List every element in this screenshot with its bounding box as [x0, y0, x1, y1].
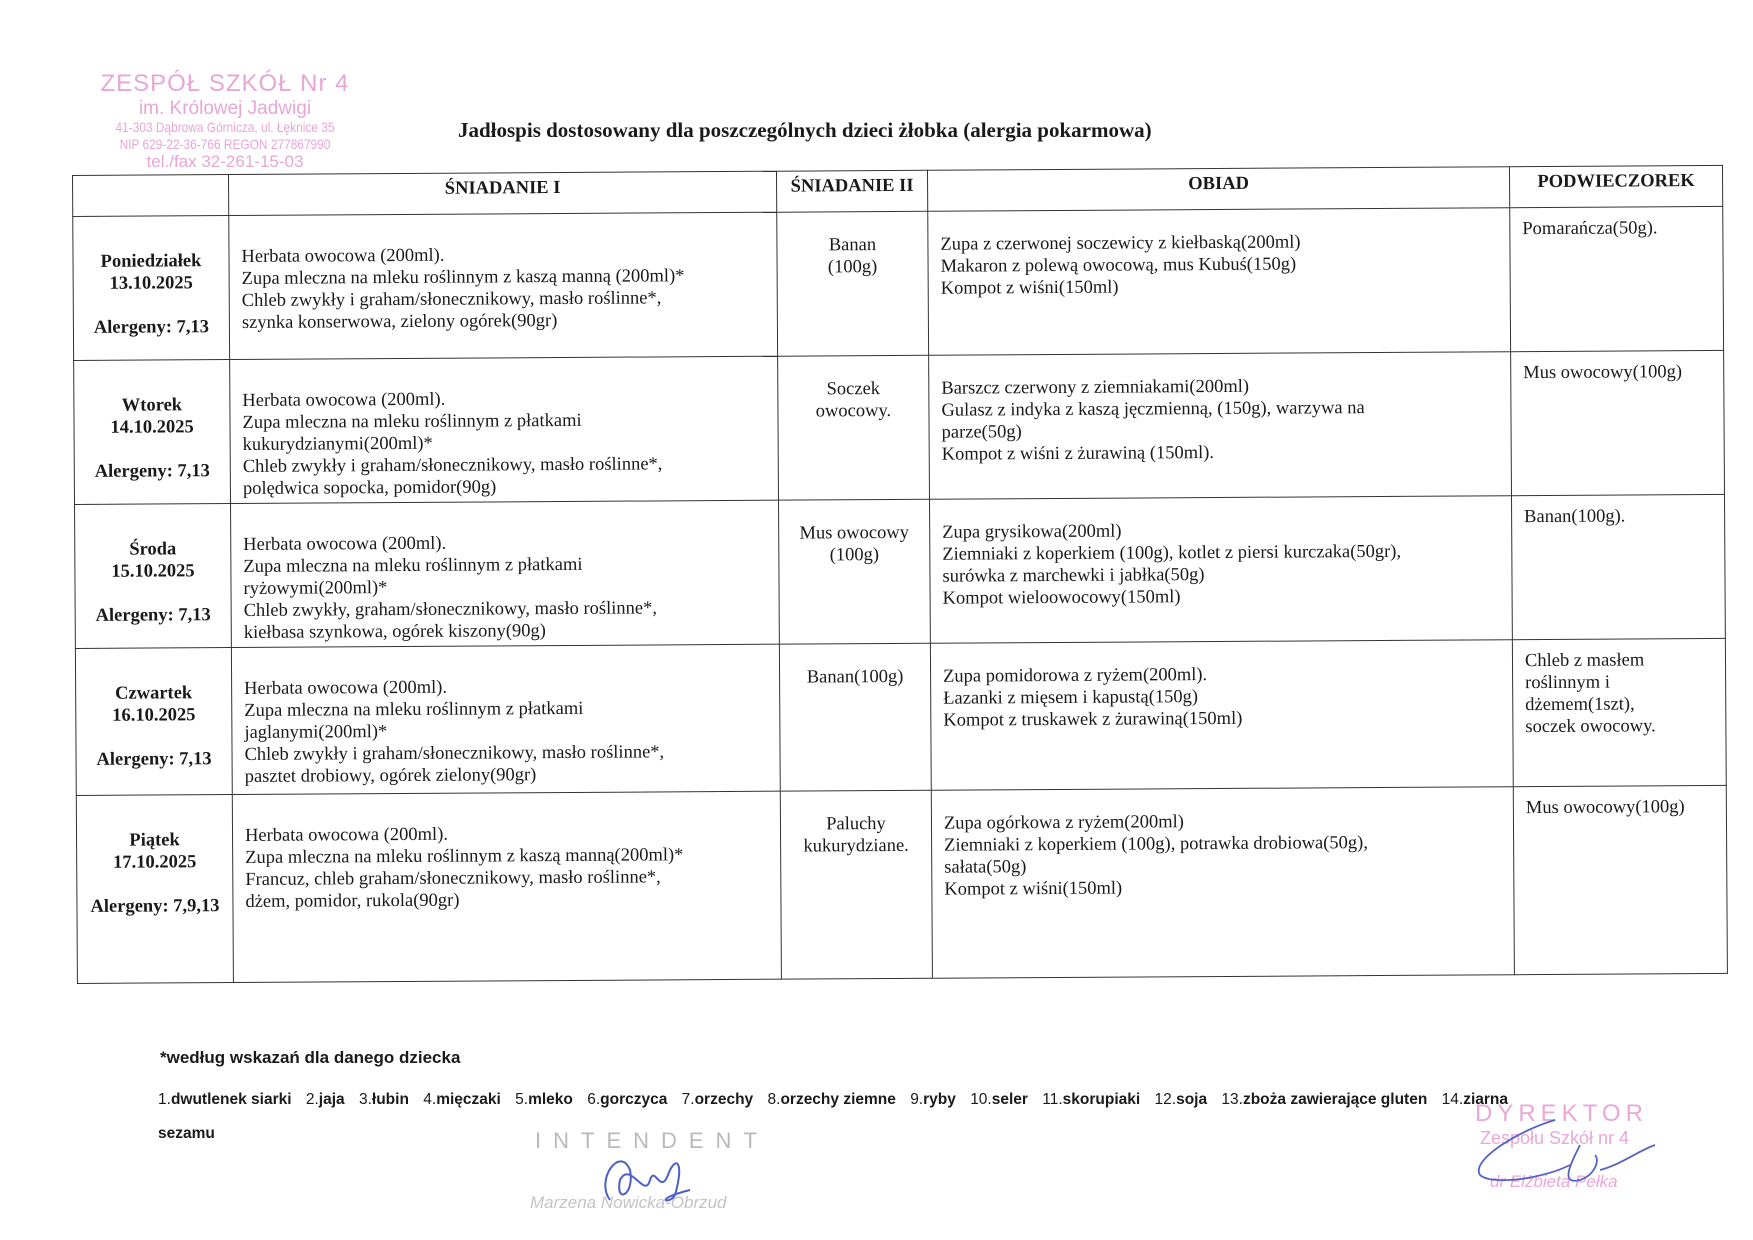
- school-stamp: ZESPÓŁ SZKÓŁ Nr 4 im. Królowej Jadwigi 4…: [95, 70, 355, 171]
- allergen-item: 9.ryby: [910, 1091, 956, 1108]
- school-stamp-patron: im. Królowej Jadwigi: [95, 98, 355, 120]
- menu-row: Piątek17.10.2025Alergeny: 7,9,13Herbata …: [76, 785, 1727, 983]
- menu-item-line: Kompot wieloowocowy(150ml): [943, 584, 1504, 609]
- menu-item-line: (100g): [779, 256, 927, 279]
- allergen-item: 7.orzechy: [682, 1091, 754, 1108]
- menu-item-line: dżem, pomidor, rukola(90gr): [245, 888, 772, 913]
- day-date: 15.10.2025: [76, 560, 229, 583]
- allergen-number: 1.: [158, 1091, 171, 1108]
- school-stamp-nip: NIP 629-22-36-766 REGON 277867990: [115, 136, 336, 152]
- allergen-item: 4.mięczaki: [423, 1091, 501, 1108]
- menu-item-line: Mus owocowy(100g): [1523, 361, 1715, 384]
- menu-item-line: Pomarańcza(50g).: [1522, 217, 1714, 240]
- allergen-number: 11.: [1042, 1091, 1062, 1108]
- allergen-number: 8.: [768, 1091, 781, 1108]
- day-cell: Środa15.10.2025Alergeny: 7,13: [75, 504, 232, 649]
- menu-item-line: Herbata owocowa (200ml).: [241, 243, 768, 268]
- lunch-cell: Zupa grysikowa(200ml)Ziemniaki z koperki…: [929, 496, 1512, 644]
- menu-item-line: kukurydziane.: [782, 835, 930, 858]
- allergen-name: jaja: [319, 1091, 345, 1108]
- menu-item-line: Mus owocowy: [780, 522, 928, 545]
- day-date: 13.10.2025: [75, 272, 228, 295]
- allergen-item: 3.łubin: [359, 1091, 409, 1108]
- director-signature-icon: [1460, 1110, 1660, 1210]
- allergen-item: 8.orzechy ziemne: [768, 1091, 896, 1108]
- menu-item-line: Zupa mleczna na mleku roślinnym z kaszą …: [242, 265, 769, 290]
- menu-item-line: Banan: [778, 234, 926, 257]
- school-stamp-name: ZESPÓŁ SZKÓŁ Nr 4: [95, 70, 355, 98]
- day-date: 17.10.2025: [78, 851, 231, 874]
- lunch-cell: Zupa z czerwonej soczewicy z kiełbaską(2…: [928, 208, 1511, 356]
- day-allergens: Alergeny: 7,9,13: [78, 895, 231, 918]
- day-name: Piątek: [78, 829, 231, 852]
- allergen-legend: 1.dwutlenek siarki 2.jaja 3.łubin 4.mięc…: [158, 1083, 1578, 1151]
- menu-row: Poniedziałek13.10.2025Alergeny: 7,13Herb…: [73, 206, 1724, 360]
- afternoon-snack-cell: Pomarańcza(50g).: [1510, 206, 1724, 351]
- breakfast-2-cell: Banan(100g): [777, 211, 929, 356]
- day-name: Czwartek: [77, 682, 230, 705]
- allergen-item: 6.gorczyca: [587, 1091, 667, 1108]
- breakfast-1-cell: Herbata owocowa (200ml).Zupa mleczna na …: [231, 500, 780, 647]
- menu-item-line: Zupa mleczna na mleku roślinnym z płatka…: [242, 409, 769, 434]
- menu-item-line: kukurydzianymi(200ml)*: [243, 431, 770, 456]
- day-cell: Piątek17.10.2025Alergeny: 7,9,13: [76, 795, 233, 984]
- allergen-number: 3.: [359, 1091, 372, 1108]
- allergen-number: 4.: [423, 1091, 436, 1108]
- header-lunch: OBIAD: [927, 167, 1509, 212]
- afternoon-snack-cell: Chleb z masłemroślinnym idżemem(1szt),so…: [1512, 638, 1726, 786]
- allergen-item: 10.seler: [970, 1091, 1028, 1108]
- allergen-number: 5.: [515, 1091, 528, 1108]
- menu-item-line: Chleb z masłem: [1525, 649, 1717, 672]
- menu-item-line: Soczek: [779, 378, 927, 401]
- menu-item-line: (100g): [780, 544, 928, 567]
- menu-item-line: Zupa mleczna na mleku roślinnym z kaszą …: [245, 844, 772, 869]
- menu-table: ŚNIADANIE I ŚNIADANIE II OBIAD PODWIECZO…: [72, 165, 1728, 984]
- breakfast-1-cell: Herbata owocowa (200ml).Zupa mleczna na …: [232, 791, 781, 982]
- allergen-number: 12.: [1155, 1091, 1177, 1108]
- header-breakfast-2: ŚNIADANIE II: [776, 170, 927, 212]
- header-afternoon-snack: PODWIECZOREK: [1509, 165, 1722, 207]
- allergen-item: 11.skorupiaki: [1042, 1091, 1140, 1108]
- menu-item-line: Francuz, chleb graham/słonecznikowy, mas…: [245, 866, 772, 891]
- menu-item-line: Chleb zwykły i graham/słonecznikowy, mas…: [244, 741, 771, 766]
- allergen-name: gorczyca: [600, 1091, 667, 1108]
- day-name: Środa: [76, 538, 229, 561]
- menu-item-line: Banan(100g).: [1524, 505, 1716, 528]
- menu-item-line: pasztet drobiowy, ogórek zielony(90gr): [245, 763, 772, 788]
- menu-item-line: Kompot z wiśni(150ml): [941, 274, 1502, 299]
- menu-item-line: Banan(100g): [781, 666, 929, 689]
- allergen-name: soja: [1176, 1091, 1207, 1108]
- allergen-name: skorupiaki: [1063, 1091, 1141, 1108]
- allergen-name: mleko: [528, 1091, 573, 1108]
- allergen-name: orzechy ziemne: [780, 1091, 895, 1108]
- menu-row: Środa15.10.2025Alergeny: 7,13Herbata owo…: [75, 494, 1726, 648]
- breakfast-2-cell: Paluchykukurydziane.: [780, 790, 932, 979]
- menu-item-line: roślinnym i: [1525, 671, 1717, 694]
- allergen-item: 2.jaja: [306, 1091, 345, 1108]
- allergen-item: 5.mleko: [515, 1091, 573, 1108]
- menu-item-line: szynka konserwowa, zielony ogórek(90gr): [242, 309, 769, 334]
- allergen-name: zboża zawierające gluten: [1243, 1091, 1427, 1108]
- menu-item-line: Herbata owocowa (200ml).: [242, 387, 769, 412]
- day-date: 14.10.2025: [75, 416, 228, 439]
- menu-row: Czwartek16.10.2025Alergeny: 7,13Herbata …: [75, 638, 1726, 795]
- menu-item-line: Kompot z wiśni(150ml): [944, 875, 1505, 900]
- school-stamp-address: 41-303 Dąbrowa Górnicza, ul. Łęknice 35: [115, 119, 336, 135]
- allergen-number: 14.: [1442, 1091, 1464, 1108]
- allergen-item: 12.soja: [1155, 1091, 1208, 1108]
- allergen-name: seler: [992, 1091, 1028, 1108]
- day-cell: Poniedziałek13.10.2025Alergeny: 7,13: [73, 216, 230, 361]
- menu-row: Wtorek14.10.2025Alergeny: 7,13Herbata ow…: [74, 350, 1725, 504]
- breakfast-1-cell: Herbata owocowa (200ml).Zupa mleczna na …: [231, 644, 780, 794]
- allergen-name: ryby: [923, 1091, 956, 1108]
- menu-item-line: Herbata owocowa (200ml).: [243, 531, 770, 556]
- menu-item-line: Chleb zwykły, graham/słonecznikowy, masł…: [244, 597, 771, 622]
- afternoon-snack-cell: Mus owocowy(100g): [1511, 350, 1725, 495]
- page-title: Jadłospis dostosowany dla poszczególnych…: [458, 118, 1152, 143]
- allergen-number: 9.: [910, 1091, 923, 1108]
- menu-item-line: Kompot z truskawek z żurawiną(150ml): [943, 706, 1504, 731]
- allergen-item: 13.zboża zawierające gluten: [1221, 1091, 1427, 1108]
- menu-item-line: kiełbasa szynkowa, ogórek kiszony(90g): [244, 619, 771, 644]
- menu-item-line: owocowy.: [779, 400, 927, 423]
- header-breakfast-1: ŚNIADANIE I: [229, 171, 777, 215]
- day-name: Wtorek: [75, 394, 228, 417]
- day-cell: Czwartek16.10.2025Alergeny: 7,13: [75, 648, 232, 796]
- day-allergens: Alergeny: 7,13: [77, 604, 230, 627]
- header-day: [73, 175, 229, 217]
- allergen-number: 7.: [682, 1091, 695, 1108]
- day-cell: Wtorek14.10.2025Alergeny: 7,13: [74, 360, 231, 505]
- menu-item-line: dżemem(1szt),: [1525, 693, 1717, 716]
- lunch-cell: Barszcz czerwony z ziemniakami(200ml)Gul…: [929, 352, 1512, 500]
- menu-item-line: Mus owocowy(100g): [1526, 796, 1718, 819]
- breakfast-2-cell: Soczekowocowy.: [778, 355, 930, 500]
- breakfast-1-cell: Herbata owocowa (200ml).Zupa mleczna na …: [229, 212, 778, 359]
- menu-item-line: Zupa mleczna na mleku roślinnym z płatka…: [244, 697, 771, 722]
- intendent-signature-icon: [590, 1140, 700, 1220]
- afternoon-snack-cell: Mus owocowy(100g): [1513, 785, 1727, 974]
- allergen-number: 2.: [306, 1091, 319, 1108]
- allergen-name: łubin: [372, 1091, 409, 1108]
- menu-item-line: soczek owocowy.: [1525, 715, 1717, 738]
- allergen-number: 6.: [587, 1091, 600, 1108]
- menu-item-line: polędwica sopocka, pomidor(90g): [243, 475, 770, 500]
- allergen-name: dwutlenek siarki: [171, 1091, 292, 1108]
- breakfast-1-cell: Herbata owocowa (200ml).Zupa mleczna na …: [230, 356, 779, 503]
- day-allergens: Alergeny: 7,13: [75, 316, 228, 339]
- breakfast-2-cell: Mus owocowy(100g): [778, 499, 930, 644]
- lunch-cell: Zupa ogórkowa z ryżem(200ml)Ziemniaki z …: [931, 787, 1514, 979]
- footnote: *według wskazań dla danego dziecka: [160, 1048, 460, 1068]
- day-allergens: Alergeny: 7,13: [78, 748, 231, 771]
- day-name: Poniedziałek: [74, 250, 227, 273]
- menu-item-line: jaglanymi(200ml)*: [244, 719, 771, 744]
- allergen-item: 1.dwutlenek siarki: [158, 1091, 292, 1108]
- allergen-number: 13.: [1221, 1091, 1243, 1108]
- breakfast-2-cell: Banan(100g): [779, 643, 931, 791]
- menu-item-line: ryżowymi(200ml)*: [243, 575, 770, 600]
- day-date: 16.10.2025: [77, 704, 230, 727]
- menu-item-line: Paluchy: [782, 813, 930, 836]
- day-allergens: Alergeny: 7,13: [76, 460, 229, 483]
- allergen-name: orzechy: [695, 1091, 754, 1108]
- allergen-name: mięczaki: [436, 1091, 501, 1108]
- menu-item-line: Chleb zwykły i graham/słonecznikowy, mas…: [242, 287, 769, 312]
- lunch-cell: Zupa pomidorowa z ryżem(200ml).Łazanki z…: [930, 640, 1513, 791]
- afternoon-snack-cell: Banan(100g).: [1511, 494, 1725, 639]
- allergen-number: 10.: [970, 1091, 992, 1108]
- menu-item-line: Chleb zwykły i graham/słonecznikowy, mas…: [243, 453, 770, 478]
- menu-item-line: Herbata owocowa (200ml).: [244, 675, 771, 700]
- menu-item-line: Kompot z wiśni z żurawiną (150ml).: [942, 440, 1503, 465]
- menu-item-line: Zupa mleczna na mleku roślinnym z płatka…: [243, 553, 770, 578]
- menu-item-line: Herbata owocowa (200ml).: [245, 822, 772, 847]
- school-stamp-phone: tel./fax 32-261-15-03: [95, 152, 355, 172]
